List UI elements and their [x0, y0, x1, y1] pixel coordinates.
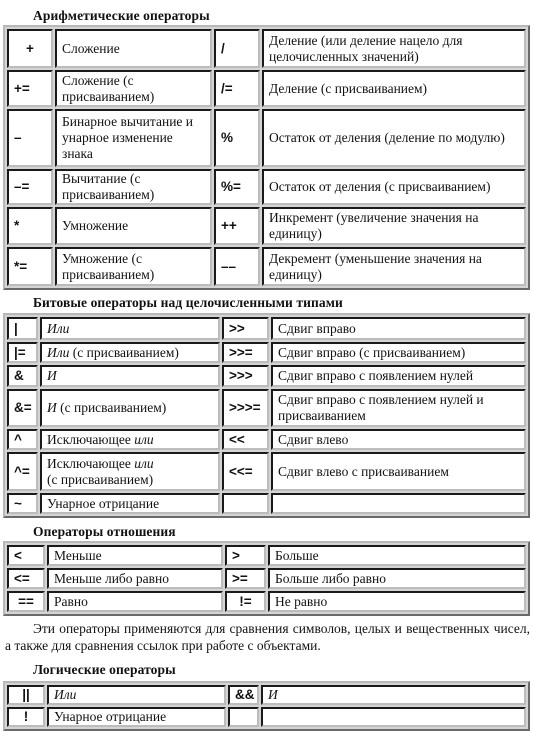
- table-row: *= Умножение (с присваиванием) –– Декрем…: [7, 247, 526, 286]
- operator-cell: +: [7, 29, 53, 68]
- description-cell: Или: [40, 317, 220, 340]
- description-cell: Остаток от деления (с присваиванием): [262, 169, 526, 205]
- operator-cell: &=: [7, 389, 38, 427]
- table-row: ~ Унарное отрицание: [7, 493, 526, 514]
- description-cell: Вычитание (с присваиванием): [55, 169, 212, 205]
- operator-cell: |=: [7, 342, 38, 363]
- description-cell: Сдвиг вправо: [271, 317, 526, 340]
- table-row: | Или >> Сдвиг вправо: [7, 317, 526, 340]
- description-text: (с присваиванием): [47, 472, 153, 487]
- description-italic: Или: [47, 321, 69, 336]
- description-cell: Остаток от деления (деление по модулю): [262, 109, 526, 167]
- description-cell: Меньше либо равно: [47, 568, 223, 589]
- description-cell: [271, 493, 526, 514]
- description-cell: И: [261, 685, 526, 705]
- operator-cell: –=: [7, 169, 53, 205]
- description-cell: Сложение: [55, 29, 212, 68]
- table-row: – Бинарное вычитание и унарное изменение…: [7, 109, 526, 167]
- table-row: ! Унарное отрицание: [7, 707, 526, 727]
- description-cell: Или: [47, 685, 226, 705]
- logical-table: || Или && И ! Унарное отрицание: [3, 681, 530, 731]
- description-cell: Деление (или деление нацело для целочисл…: [262, 29, 526, 68]
- operator-cell: >>=: [222, 342, 269, 363]
- table-row: –= Вычитание (с присваиванием) %= Остато…: [7, 169, 526, 205]
- description-italic: Или: [54, 687, 76, 702]
- table-row: ^= Исключающее или(с присваиванием) <<= …: [7, 452, 526, 491]
- description-cell: Или (с присваиванием): [40, 342, 220, 363]
- table-row: <= Меньше либо равно >= Больше либо равн…: [7, 568, 526, 589]
- description-cell: И (с присваиванием): [40, 389, 220, 427]
- logical-title: Логические операторы: [33, 662, 176, 678]
- description-cell: Больше либо равно: [268, 568, 526, 589]
- description-cell: Унарное отрицание: [40, 493, 220, 514]
- operator-cell: +=: [7, 70, 53, 107]
- operator-cell: ^=: [7, 452, 38, 491]
- description-cell: Не равно: [268, 591, 526, 612]
- description-cell: Умножение (с присваиванием): [55, 247, 212, 286]
- bitwise-title: Битовые операторы над целочисленными тип…: [33, 295, 343, 311]
- description-cell: Сдвиг вправо с появлением нулей и присва…: [271, 389, 526, 427]
- description-italic: И: [47, 400, 57, 415]
- description-italic: Или: [47, 345, 69, 360]
- operator-cell: [228, 707, 259, 727]
- table-row: & И >>> Сдвиг вправо с появлением нулей: [7, 365, 526, 387]
- description-cell: И: [40, 365, 220, 387]
- operator-cell: >>>=: [222, 389, 269, 427]
- description-cell: Сдвиг вправо (с присваиванием): [271, 342, 526, 363]
- operator-cell: &: [7, 365, 38, 387]
- operator-cell: [222, 493, 269, 514]
- table-row: ^ Исключающее или << Сдвиг влево: [7, 429, 526, 450]
- table-row: == Равно != Не равно: [7, 591, 526, 612]
- table-row: || Или && И: [7, 685, 526, 705]
- operator-cell: <=: [7, 568, 45, 589]
- operator-cell: /: [214, 29, 260, 68]
- operator-cell: %: [214, 109, 260, 167]
- description-cell: Унарное отрицание: [47, 707, 226, 727]
- description-text: (с присваиванием): [57, 400, 167, 415]
- description-cell: Сдвиг вправо с появлением нулей: [271, 365, 526, 387]
- operator-cell: ^: [7, 429, 38, 450]
- description-cell: [261, 707, 526, 727]
- description-italic: И: [47, 368, 57, 383]
- table-row: |= Или (с присваиванием) >>= Сдвиг вправ…: [7, 342, 526, 363]
- operator-cell: |: [7, 317, 38, 340]
- table-row: * Умножение ++ Инкремент (увеличение зна…: [7, 207, 526, 245]
- table-row: < Меньше > Больше: [7, 545, 526, 566]
- description-cell: Меньше: [47, 545, 223, 566]
- description-cell: Бинарное вычитание и унарное изменение з…: [55, 109, 212, 167]
- description-cell: Декремент (уменьшение значения на единиц…: [262, 247, 526, 286]
- operator-cell: %=: [214, 169, 260, 205]
- operator-cell: *: [7, 207, 53, 245]
- relational-note: Эти операторы применяются для сравнения …: [5, 620, 530, 654]
- operator-cell: ++: [214, 207, 260, 245]
- operator-cell: ==: [7, 591, 45, 612]
- operator-cell: &&: [228, 685, 259, 705]
- relational-table: < Меньше > Больше <= Меньше либо равно >…: [3, 541, 530, 616]
- bitwise-table: | Или >> Сдвиг вправо |= Или (с присваив…: [3, 313, 530, 518]
- description-italic: или: [134, 456, 153, 471]
- description-cell: Исключающее или: [40, 429, 220, 450]
- arithmetic-title: Арифметические операторы: [33, 8, 210, 24]
- description-text: Исключающее: [47, 432, 134, 447]
- operator-cell: <<: [222, 429, 269, 450]
- operator-cell: <: [7, 545, 45, 566]
- operator-cell: ~: [7, 493, 38, 514]
- operator-cell: >>>: [222, 365, 269, 387]
- operator-cell: >: [225, 545, 266, 566]
- operator-cell: !=: [225, 591, 266, 612]
- description-cell: Инкремент (увеличение значения на единиц…: [262, 207, 526, 245]
- operator-cell: ||: [7, 685, 45, 705]
- description-text: Исключающее: [47, 456, 134, 471]
- operator-cell: –: [7, 109, 53, 167]
- operator-cell: <<=: [222, 452, 269, 491]
- description-cell: Сдвиг влево: [271, 429, 526, 450]
- arithmetic-table: + Сложение / Деление (или деление нацело…: [3, 25, 530, 290]
- table-row: += Сложение (с присваиванием) /= Деление…: [7, 70, 526, 107]
- operator-cell: >>: [222, 317, 269, 340]
- table-row: &= И (с присваиванием) >>>= Сдвиг вправо…: [7, 389, 526, 427]
- operator-cell: !: [7, 707, 45, 727]
- operator-cell: *=: [7, 247, 53, 286]
- operator-cell: /=: [214, 70, 260, 107]
- description-cell: Умножение: [55, 207, 212, 245]
- description-text: (с присваиванием): [69, 345, 179, 360]
- relational-title: Операторы отношения: [33, 524, 176, 540]
- table-row: + Сложение / Деление (или деление нацело…: [7, 29, 526, 68]
- description-cell: Сдвиг влево с присваиванием: [271, 452, 526, 491]
- description-cell: Исключающее или(с присваиванием): [40, 452, 220, 491]
- description-italic: И: [268, 687, 278, 702]
- description-cell: Сложение (с присваиванием): [55, 70, 212, 107]
- description-cell: Равно: [47, 591, 223, 612]
- description-cell: Деление (с присваиванием): [262, 70, 526, 107]
- description-cell: Больше: [268, 545, 526, 566]
- operator-cell: ––: [214, 247, 260, 286]
- operator-cell: >=: [225, 568, 266, 589]
- description-italic: или: [134, 432, 153, 447]
